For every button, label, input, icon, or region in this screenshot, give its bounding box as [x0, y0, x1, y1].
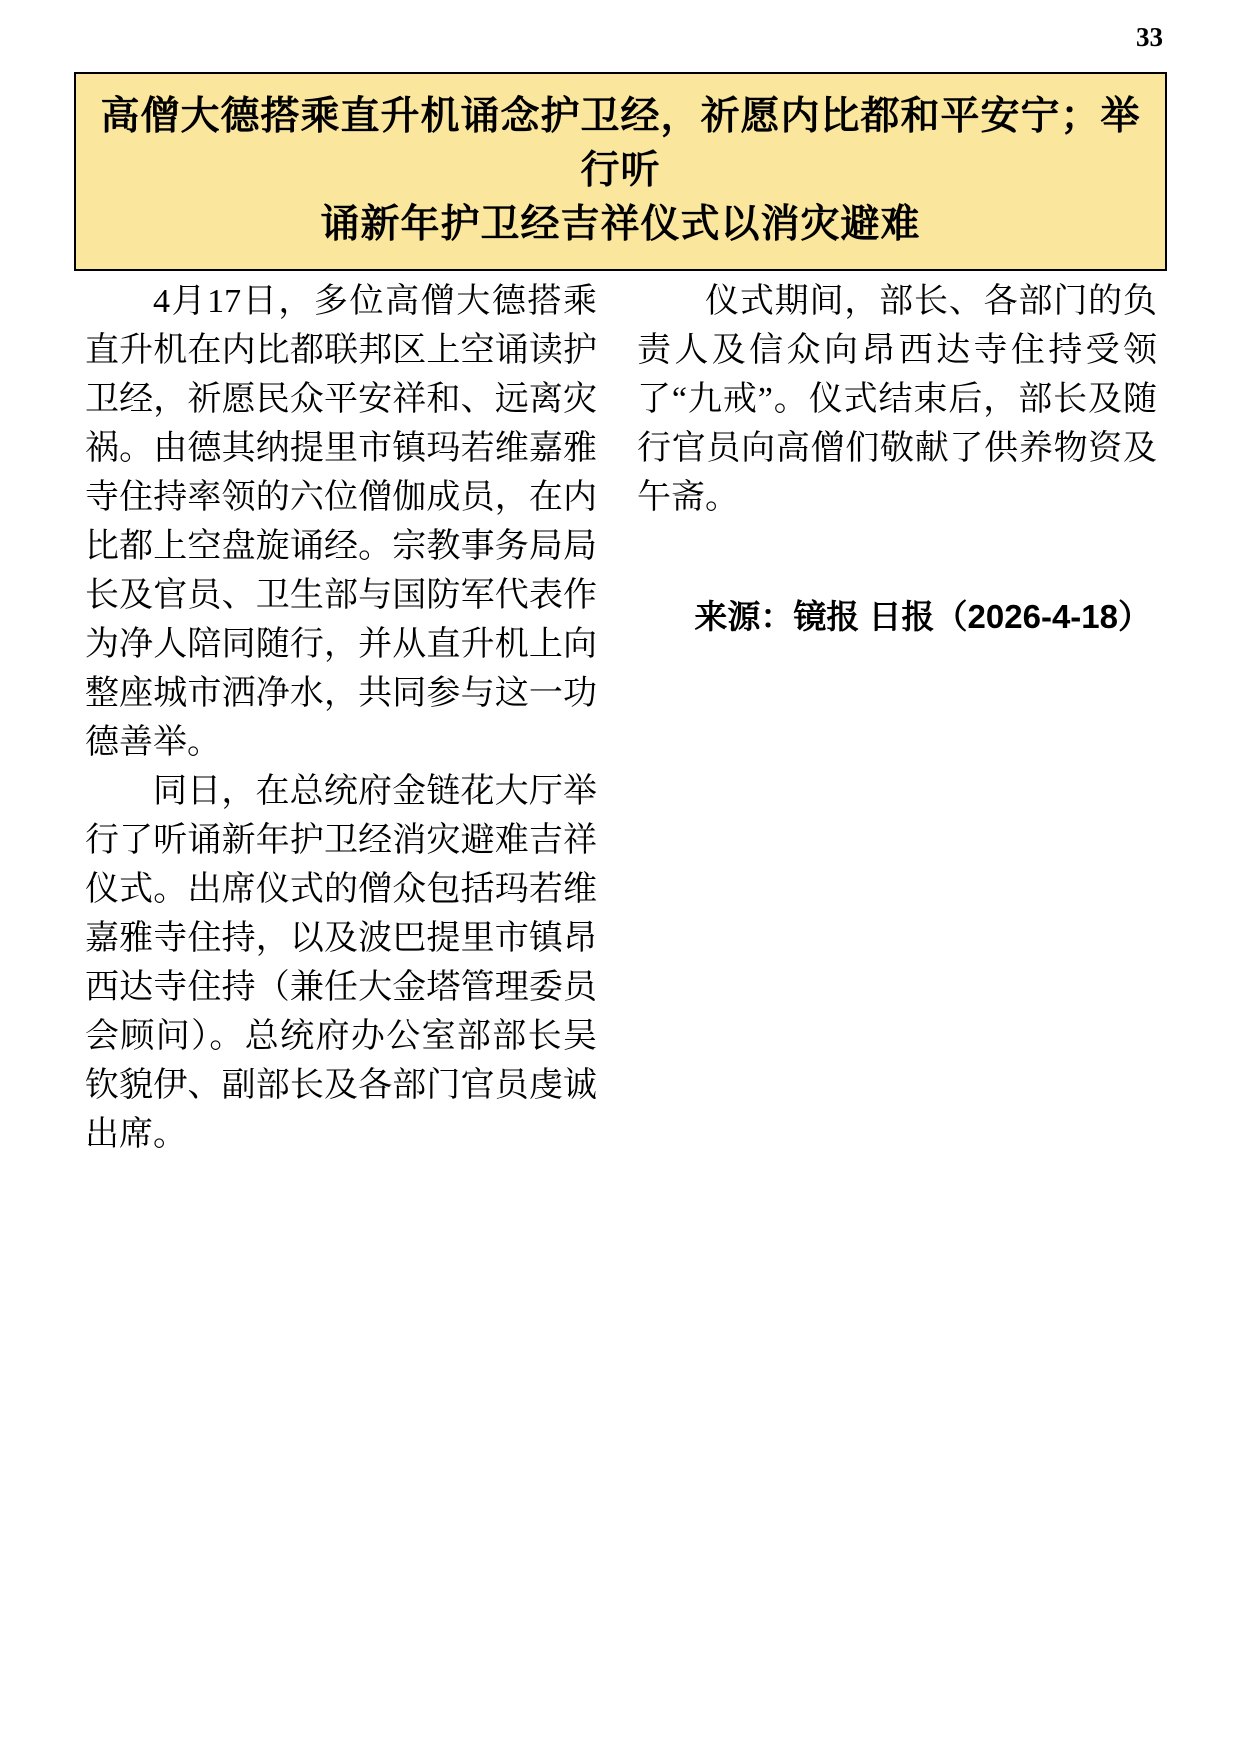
article-title-line-2: 诵新年护卫经吉祥仪式以消灾避难 — [88, 198, 1153, 252]
right-column: 仪式期间，部长、各部门的负责人及信众向昂西达寺住持受领了“九戒”。仪式结束后，部… — [637, 277, 1157, 1159]
paragraph-3: 仪式期间，部长、各部门的负责人及信众向昂西达寺住持受领了“九戒”。仪式结束后，部… — [637, 277, 1157, 522]
article-title-line-1: 高僧大德搭乘直升机诵念护卫经，祈愿内比都和平安宁；举行听 — [88, 90, 1153, 198]
source-attribution: 来源：镜报 日报（2026-4-18） — [637, 592, 1151, 641]
article-title-box: 高僧大德搭乘直升机诵念护卫经，祈愿内比都和平安宁；举行听 诵新年护卫经吉祥仪式以… — [74, 72, 1167, 271]
document-page: 33 高僧大德搭乘直升机诵念护卫经，祈愿内比都和平安宁；举行听 诵新年护卫经吉祥… — [0, 0, 1241, 1755]
article-body: 4月17日，多位高僧大德搭乘直升机在内比都联邦区上空诵读护卫经，祈愿民众平安祥和… — [85, 277, 1157, 1159]
page-number: 33 — [1136, 22, 1163, 53]
paragraph-2: 同日，在总统府金链花大厅举行了听诵新年护卫经消灾避难吉祥仪式。出席仪式的僧众包括… — [85, 767, 597, 1159]
paragraph-1: 4月17日，多位高僧大德搭乘直升机在内比都联邦区上空诵读护卫经，祈愿民众平安祥和… — [85, 277, 597, 767]
left-column: 4月17日，多位高僧大德搭乘直升机在内比都联邦区上空诵读护卫经，祈愿民众平安祥和… — [85, 277, 597, 1159]
